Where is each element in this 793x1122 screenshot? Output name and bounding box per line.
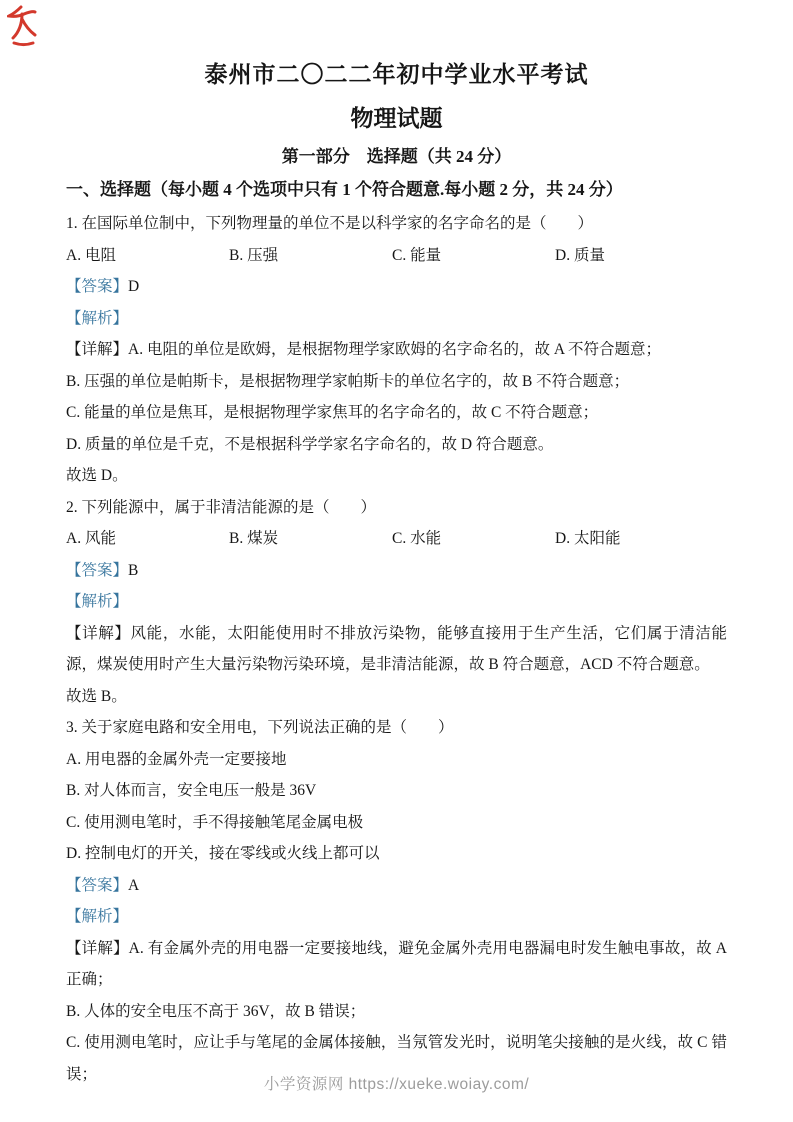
question-2-stem: 2. 下列能源中，属于非清洁能源的是（ ） — [66, 492, 727, 524]
part-heading: 一、选择题（每小题 4 个选项中只有 1 个符合题意.每小题 2 分，共 24 … — [66, 176, 727, 204]
exam-subtitle: 物理试题 — [66, 104, 727, 134]
question-2-option-b: B. 煤炭 — [229, 523, 392, 555]
answer-label: 【答案】 — [66, 877, 128, 894]
question-1-option-d: D. 质量 — [555, 240, 605, 272]
answer-label: 【答案】 — [66, 562, 128, 579]
question-1-detail: D. 质量的单位是千克，不是根据科学学家名字命名的，故 D 符合题意。 — [66, 429, 727, 461]
question-2-options: A. 风能 B. 煤炭 C. 水能 D. 太阳能 — [66, 523, 727, 555]
question-1-option-a: A. 电阻 — [66, 240, 229, 272]
red-stamp-icon — [7, 5, 37, 47]
question-3-option-b: B. 对人体而言，安全电压一般是 36V — [66, 775, 727, 807]
question-3-option-a: A. 用电器的金属外壳一定要接地 — [66, 744, 727, 776]
question-1-answer-line: 【答案】D — [66, 271, 727, 303]
question-2-answer-line: 【答案】B — [66, 555, 727, 587]
question-1-option-b: B. 压强 — [229, 240, 392, 272]
question-3-option-d: D. 控制电灯的开关，接在零线或火线上都可以 — [66, 838, 727, 870]
analysis-label: 【解析】 — [66, 586, 727, 618]
analysis-label: 【解析】 — [66, 303, 727, 335]
question-3-option-c: C. 使用测电笔时，手不得接触笔尾金属电极 — [66, 807, 727, 839]
question-1-detail: C. 能量的单位是焦耳，是根据物理学家焦耳的名字命名的，故 C 不符合题意； — [66, 397, 727, 429]
answer-label: 【答案】 — [66, 278, 128, 295]
question-1-detail: 【详解】A. 电阻的单位是欧姆，是根据物理学家欧姆的名字命名的，故 A 不符合题… — [66, 334, 727, 366]
exam-title: 泰州市二〇二二年初中学业水平考试 — [66, 60, 727, 90]
question-2-option-d: D. 太阳能 — [555, 523, 620, 555]
site-watermark: 小学资源网 https://xueke.woiay.com/ — [0, 1072, 793, 1094]
question-1-answer-value: D — [128, 278, 139, 295]
question-1-stem: 1. 在国际单位制中，下列物理量的单位不是以科学家的名字命名的是（ ） — [66, 208, 727, 240]
document-page: 泰州市二〇二二年初中学业水平考试 物理试题 第一部分 选择题（共 24 分） 一… — [0, 0, 793, 1122]
section-heading: 第一部分 选择题（共 24 分） — [66, 144, 727, 170]
question-1-option-c: C. 能量 — [392, 240, 555, 272]
question-3-stem: 3. 关于家庭电路和安全用电，下列说法正确的是（ ） — [66, 712, 727, 744]
question-3-detail: B. 人体的安全电压不高于 36V，故 B 错误； — [66, 996, 727, 1028]
question-3-detail: 【详解】A. 有金属外壳的用电器一定要接地线，避免金属外壳用电器漏电时发生触电事… — [66, 933, 727, 996]
question-2-option-c: C. 水能 — [392, 523, 555, 555]
question-3-answer-value: A — [128, 877, 139, 894]
question-2-answer-value: B — [128, 562, 138, 579]
question-3-answer-line: 【答案】A — [66, 870, 727, 902]
question-1-detail: B. 压强的单位是帕斯卡，是根据物理学家帕斯卡的单位名字的，故 B 不符合题意； — [66, 366, 727, 398]
question-2-detail: 【详解】风能，水能，太阳能使用时不排放污染物，能够直接用于生产生活，它们属于清洁… — [66, 618, 727, 681]
question-2-option-a: A. 风能 — [66, 523, 229, 555]
question-1-conclusion: 故选 D。 — [66, 460, 727, 492]
analysis-label: 【解析】 — [66, 901, 727, 933]
document-content: 泰州市二〇二二年初中学业水平考试 物理试题 第一部分 选择题（共 24 分） 一… — [0, 60, 793, 1090]
question-2-conclusion: 故选 B。 — [66, 681, 727, 713]
question-1-options: A. 电阻 B. 压强 C. 能量 D. 质量 — [66, 240, 727, 272]
